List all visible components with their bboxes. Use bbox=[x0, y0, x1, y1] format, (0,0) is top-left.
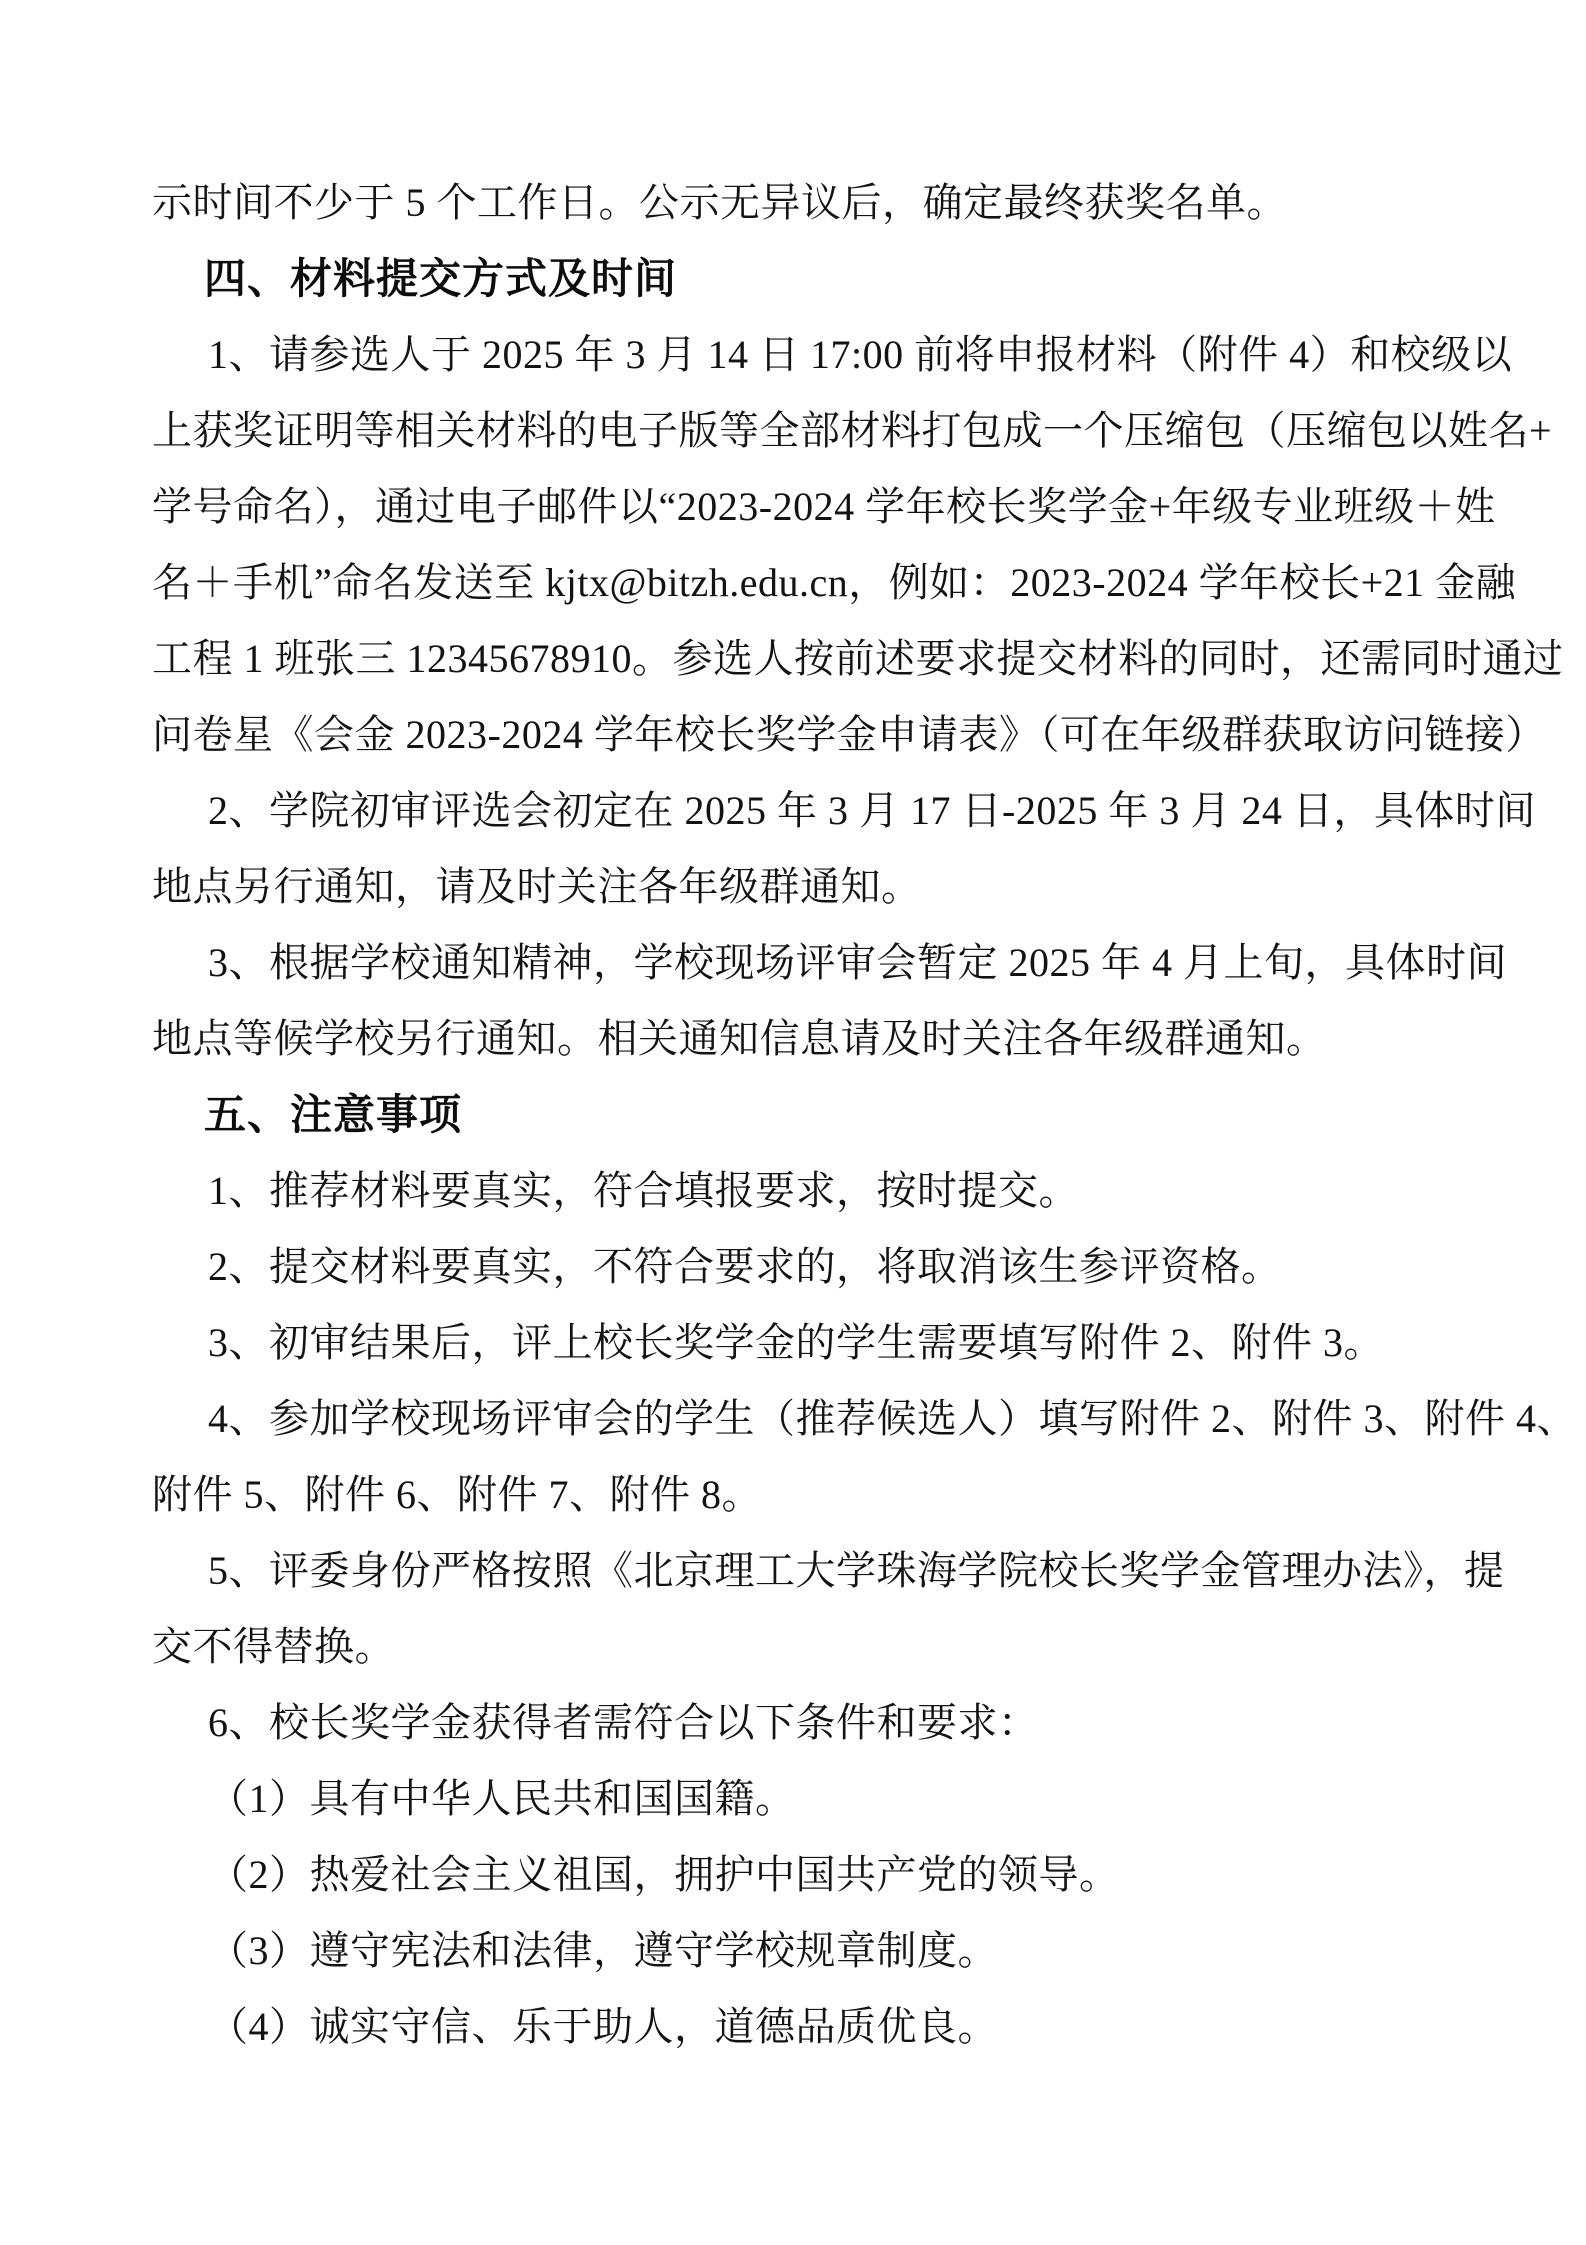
text-line-condition-4: （4）诚实守信、乐于助人，道德品质优良。 bbox=[152, 1989, 1500, 2065]
text-line-continuation: 示时间不少于 5 个工作日。公示无异议后，确定最终获奖名单。 bbox=[152, 165, 1500, 241]
document-page: 示时间不少于 5 个工作日。公示无异议后，确定最终获奖名单。 四、材料提交方式及… bbox=[0, 0, 1586, 2245]
text-line-note-2: 2、提交材料要真实，不符合要求的，将取消该生参评资格。 bbox=[152, 1229, 1500, 1305]
text-line-condition-1: （1）具有中华人民共和国国籍。 bbox=[152, 1761, 1500, 1837]
text-line: 附件 5、附件 6、附件 7、附件 8。 bbox=[152, 1457, 1500, 1533]
text-line-condition-2: （2）热爱社会主义祖国，拥护中国共产党的领导。 bbox=[152, 1837, 1500, 1913]
text-line-item-2-start: 2、学院初审评选会初定在 2025 年 3 月 17 日-2025 年 3 月 … bbox=[152, 773, 1500, 849]
text-line-note-4-start: 4、参加学校现场评审会的学生（推荐候选人）填写附件 2、附件 3、附件 4、 bbox=[152, 1381, 1500, 1457]
section-heading-material-submission: 四、材料提交方式及时间 bbox=[152, 241, 1500, 317]
text-line: 地点等候学校另行通知。相关通知信息请及时关注各年级群通知。 bbox=[152, 1001, 1500, 1077]
text-line: 工程 1 班张三 12345678910。参选人按前述要求提交材料的同时，还需同… bbox=[152, 621, 1500, 697]
text-line: 学号命名），通过电子邮件以“2023-2024 学年校长奖学金+年级专业班级＋姓 bbox=[152, 469, 1500, 545]
text-line-email-address: 名＋手机”命名发送至 kjtx@bitzh.edu.cn，例如：2023-202… bbox=[152, 545, 1500, 621]
text-line-note-6: 6、校长奖学金获得者需符合以下条件和要求： bbox=[152, 1685, 1500, 1761]
section-heading-notes: 五、注意事项 bbox=[152, 1077, 1500, 1153]
text-line: 交不得替换。 bbox=[152, 1609, 1500, 1685]
text-line-condition-3: （3）遵守宪法和法律，遵守学校规章制度。 bbox=[152, 1913, 1500, 1989]
text-line-note-1: 1、推荐材料要真实，符合填报要求，按时提交。 bbox=[152, 1153, 1500, 1229]
text-line: 问卷星《会金 2023-2024 学年校长奖学金申请表》（可在年级群获取访问链接… bbox=[152, 697, 1500, 773]
text-line-item-1-start: 1、请参选人于 2025 年 3 月 14 日 17:00 前将申报材料（附件 … bbox=[152, 317, 1500, 393]
text-line: 上获奖证明等相关材料的电子版等全部材料打包成一个压缩包（压缩包以姓名+ bbox=[152, 393, 1500, 469]
text-line-item-3-start: 3、根据学校通知精神，学校现场评审会暂定 2025 年 4 月上旬，具体时间 bbox=[152, 925, 1500, 1001]
text-line-note-5-start: 5、评委身份严格按照《北京理工大学珠海学院校长奖学金管理办法》，提 bbox=[152, 1533, 1500, 1609]
text-line-note-3: 3、初审结果后，评上校长奖学金的学生需要填写附件 2、附件 3。 bbox=[152, 1305, 1500, 1381]
text-line: 地点另行通知，请及时关注各年级群通知。 bbox=[152, 849, 1500, 925]
